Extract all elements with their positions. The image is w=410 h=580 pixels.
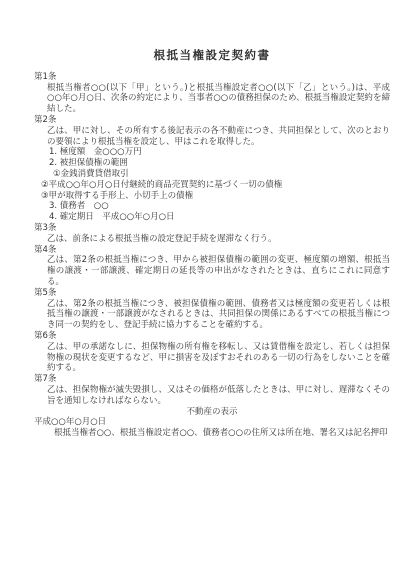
article-5: 第5条 乙は、第2条の根抵当権につき、被担保債権の範囲、債務者又は極度額の変更若…: [34, 288, 390, 331]
article-4-heading: 第4条: [34, 245, 390, 256]
article-2: 第2条 乙は、甲に対し、その所有する後記表示の各不動産につき、共同担保として、次…: [34, 115, 390, 223]
article-2-body: 乙は、甲に対し、その所有する後記表示の各不動産につき、共同担保として、次のとおり…: [47, 126, 390, 148]
article-2-item-maximum-amount: 1. 極度額 金○○○万円: [49, 147, 390, 158]
article-3-heading: 第3条: [34, 223, 390, 234]
article-7-body: 乙は、担保物権が滅失毀損し、又はその価格が低落したときは、甲に対し、遅滞なくその…: [47, 385, 390, 407]
article-6: 第6条 乙は、甲の承諾なしに、担保物権の所有権を移転し、又は賃借権を設定し、若し…: [34, 331, 390, 374]
article-2-subitem-1: ①金銭消費貸借取引: [53, 169, 390, 180]
article-3-body: 乙は、前条による根抵当権の設定登記手続を遅滞なく行う。: [47, 234, 390, 245]
article-7: 第7条 乙は、担保物権が滅失毀損し、又はその価格が低落したときは、甲に対し、遅滞…: [34, 374, 390, 406]
article-4: 第4条 乙は、第2条の根抵当権につき、甲から被担保債権の範囲の変更、極度額の増額…: [34, 245, 390, 288]
article-1: 第1条 根抵当権者○○(以下「甲」という。)と根抵当権設定者○○(以下「乙」とい…: [34, 72, 390, 115]
signature-block-line: 根抵当権者○○、根抵当権設定者○○、債務者○○の住所又は所在地、署名又は記名押印: [54, 428, 390, 439]
article-2-subitem-3: ③甲が取得する手形上、小切手上の債権: [41, 191, 390, 202]
article-7-heading: 第7条: [34, 374, 390, 385]
article-4-body: 乙は、第2条の根抵当権につき、甲から被担保債権の範囲の変更、極度額の増額、根抵当…: [47, 255, 390, 287]
contract-document-page: 根抵当権設定契約書 第1条 根抵当権者○○(以下「甲」という。)と根抵当権設定者…: [0, 0, 410, 580]
article-6-body: 乙は、甲の承諾なしに、担保物権の所有権を移転し、又は賃借権を設定し、若しくは担保…: [47, 342, 390, 374]
article-2-item-fixed-date: 4. 確定期日 平成○○年○月○日: [49, 212, 390, 223]
article-2-subitem-2: ②平成○○年○月○日付継続的商品売買契約に基づく一切の債権: [41, 180, 390, 191]
article-2-item-secured-claims-scope: 2. 被担保債権の範囲: [49, 158, 390, 169]
article-6-heading: 第6条: [34, 331, 390, 342]
article-1-heading: 第1条: [34, 72, 390, 83]
article-5-body: 乙は、第2条の根抵当権につき、被担保債権の範囲、債務者又は極度額の変更若しくは根…: [47, 299, 390, 331]
article-1-body: 根抵当権者○○(以下「甲」という。)と根抵当権設定者○○(以下「乙」という。)は…: [47, 83, 390, 115]
property-description-label: 不動産の表示: [34, 407, 390, 418]
article-5-heading: 第5条: [34, 288, 390, 299]
article-2-heading: 第2条: [34, 115, 390, 126]
document-title: 根抵当権設定契約書: [34, 50, 390, 61]
contract-date-line: 平成○○年○月○日: [34, 417, 390, 428]
article-2-item-debtor: 3. 債務者 ○○: [49, 201, 390, 212]
article-3: 第3条 乙は、前条による根抵当権の設定登記手続を遅滞なく行う。: [34, 223, 390, 245]
